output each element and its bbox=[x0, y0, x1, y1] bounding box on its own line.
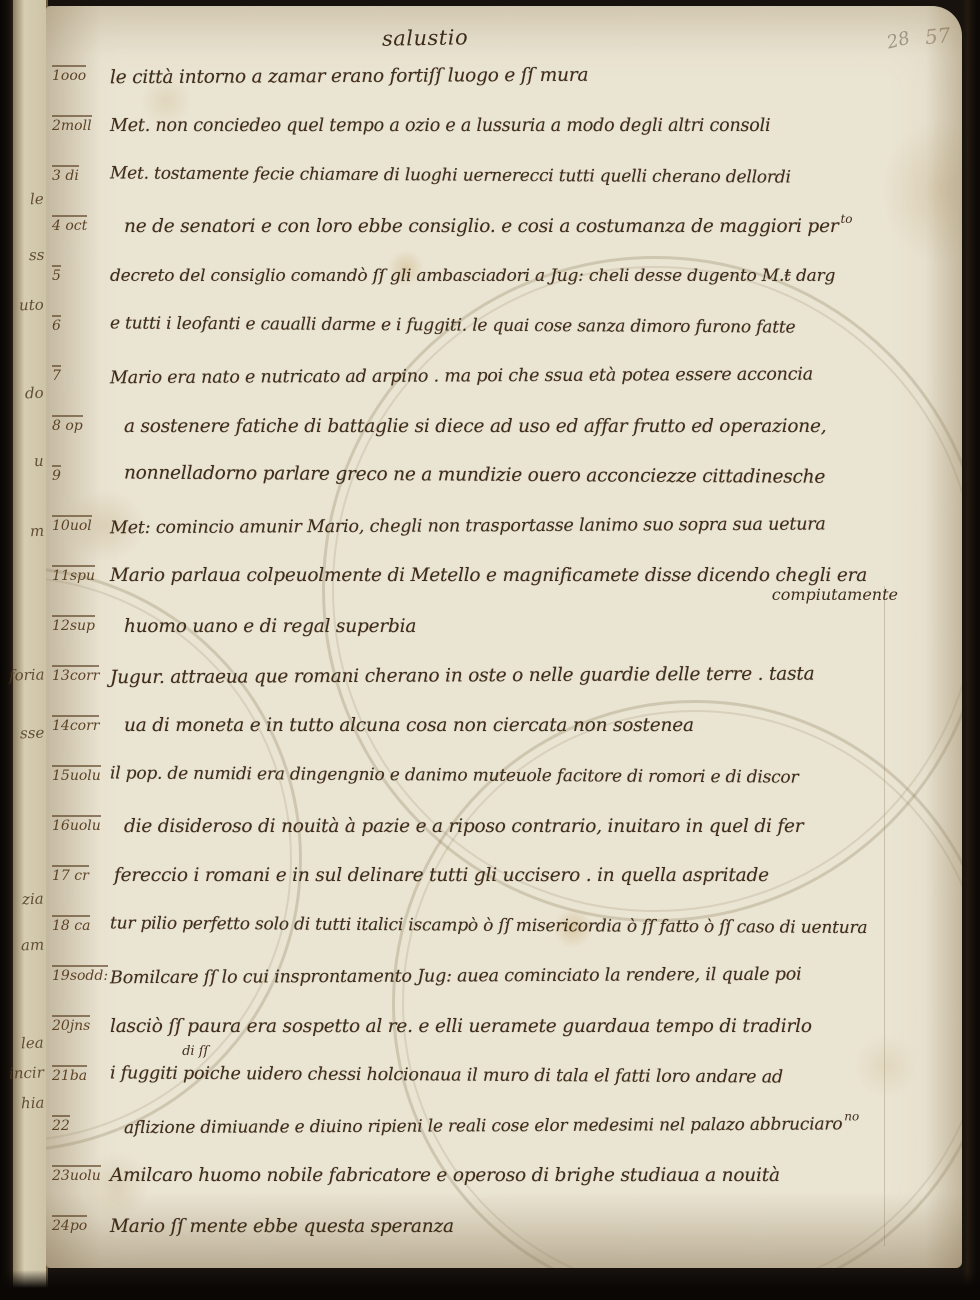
manuscript-line: 13corr Jugur. attraeua que romani cheran… bbox=[48, 658, 956, 708]
line-text: huomo uano e di regal superbia bbox=[124, 616, 416, 637]
margin-cell: 6 bbox=[48, 308, 110, 334]
margin-cell: 24po bbox=[48, 1208, 110, 1234]
line-text: lasciò ſſ paura era sospetto al re. e el… bbox=[110, 1016, 812, 1037]
line-number-label: 22 bbox=[52, 1115, 70, 1134]
line-text: fereccio i romani e in sul delinare tutt… bbox=[114, 865, 769, 886]
line-text: Bomilcare ſſ lo cui insprontamento Jug: … bbox=[110, 965, 802, 989]
line-text: il pop. de numidi era dingengnio e danim… bbox=[110, 763, 799, 787]
line-text: Mario parlaua colpeuolmente di Metello e… bbox=[110, 565, 867, 586]
line-body: fereccio i romani e in sul delinare tutt… bbox=[110, 858, 956, 886]
line-body: le città intorno a zamar erano fortiſſ l… bbox=[110, 56, 956, 88]
manuscript-line: 6 e tutti i leofanti e caualli darme e i… bbox=[48, 308, 956, 358]
line-body: nonnelladorno parlare greco ne a mundizi… bbox=[110, 455, 956, 488]
folio-number-pencil: 28 bbox=[885, 28, 912, 54]
manuscript-line: 1ooo le città intorno a zamar erano fort… bbox=[48, 58, 956, 108]
line-body: Mario parlaua colpeuolmente di Metello e… bbox=[110, 558, 956, 586]
line-body: huomo uano e di regal superbia bbox=[110, 609, 956, 637]
superscript-note: no bbox=[844, 1109, 859, 1123]
line-number-label: 18 ca bbox=[52, 915, 90, 934]
manuscript-line: 7 Mario era nato e nutricato ad arpino .… bbox=[48, 358, 956, 408]
line-number-label: 1ooo bbox=[52, 65, 86, 84]
line-text: Amilcaro huomo nobile fabricatore e oper… bbox=[110, 1165, 780, 1186]
manuscript-line: 22 aflizione dimiuande e diuino ripieni … bbox=[48, 1108, 956, 1158]
manuscript-line: 21ba di ſſi fuggiti poiche uidero chessi… bbox=[48, 1058, 956, 1108]
page-edge-fragment: ss bbox=[28, 246, 44, 265]
line-body: aflizione dimiuande e diuino ripieni le … bbox=[110, 1106, 956, 1138]
margin-cell: 7 bbox=[48, 358, 110, 384]
line-number-label: 9 bbox=[52, 465, 61, 484]
line-body: tur pilio perfetto solo di tutti italici… bbox=[110, 905, 956, 938]
line-body: decreto del consiglio comandò ſſ gli amb… bbox=[110, 258, 956, 286]
line-number-label: 14corr bbox=[52, 715, 99, 734]
page-edge-fragment: m bbox=[29, 522, 44, 540]
manuscript-line: 10uol Met: comincio amunir Mario, chegli… bbox=[48, 508, 956, 558]
line-body: Amilcaro huomo nobile fabricatore e oper… bbox=[110, 1158, 956, 1186]
line-text: Met. non conciedeo quel tempo a ozio e a… bbox=[110, 116, 770, 136]
page-edge-fragment: foria bbox=[8, 665, 44, 684]
page-edge-fragment: u bbox=[34, 452, 44, 470]
line-number-label: 21ba bbox=[52, 1065, 87, 1084]
line-number-label: 19sodd: bbox=[52, 965, 108, 984]
page-edge-fragment: le bbox=[30, 190, 44, 208]
page-title: salustio bbox=[382, 25, 469, 50]
line-text: ne de senatori e con loro ebbe consiglio… bbox=[124, 216, 838, 237]
manuscript-line: 4 oct ne de senatori e con loro ebbe con… bbox=[48, 208, 956, 258]
line-number-label: 17 cr bbox=[52, 865, 89, 884]
line-text: a sostenere fatiche di battaglie si diec… bbox=[124, 416, 826, 437]
manuscript-line: 18 ca tur pilio perfetto solo di tutti i… bbox=[48, 908, 956, 958]
line-body: lasciò ſſ paura era sospetto al re. e el… bbox=[110, 1009, 956, 1037]
line-number-label: 23uolu bbox=[52, 1165, 101, 1184]
margin-cell: 11spu bbox=[48, 558, 110, 584]
line-number-label: 8 op bbox=[52, 415, 83, 434]
line-body: Mario era nato e nutricato ad arpino . m… bbox=[110, 356, 956, 388]
page-edge-fragment: do bbox=[25, 384, 44, 403]
line-body: e tutti i leofanti e caualli darme e i f… bbox=[110, 305, 956, 338]
margin-cell: 20jns bbox=[48, 1008, 110, 1034]
line-number-label: 4 oct bbox=[52, 215, 87, 234]
line-text: Jugur. attraeua que romani cherano in os… bbox=[110, 664, 815, 689]
line-number-label: 2moll bbox=[52, 115, 92, 134]
manuscript-line: 23uolu Amilcaro huomo nobile fabricatore… bbox=[48, 1158, 956, 1208]
folio-number-ink: 57 bbox=[923, 23, 951, 50]
margin-cell: 19sodd: bbox=[48, 958, 110, 984]
line-text: Met: comincio amunir Mario, chegli non t… bbox=[110, 514, 826, 538]
line-body: a sostenere fatiche di battaglie si diec… bbox=[110, 409, 956, 437]
margin-cell: 21ba bbox=[48, 1058, 110, 1084]
manuscript-line: 3 di Met. tostamente fecie chiamare di l… bbox=[48, 158, 956, 208]
line-body: ne de senatori e con loro ebbe consiglio… bbox=[110, 209, 956, 237]
line-number-label: 11spu bbox=[52, 565, 95, 584]
page-edge-fragment: am bbox=[21, 936, 45, 955]
margin-cell: 4 oct bbox=[48, 208, 110, 234]
line-number-label: 13corr bbox=[52, 665, 99, 684]
text-block: 1ooo le città intorno a zamar erano fort… bbox=[48, 58, 956, 1258]
page-edge-fragment: uto bbox=[19, 296, 44, 315]
line-text: ua di moneta e in tutto alcuna cosa non … bbox=[124, 715, 694, 736]
line-text: e tutti i leofanti e caualli darme e i f… bbox=[110, 313, 796, 337]
line-body: Met: comincio amunir Mario, chegli non t… bbox=[110, 506, 956, 538]
line-number-label: 6 bbox=[52, 315, 61, 334]
line-text: aflizione dimiuande e diuino ripieni le … bbox=[124, 1114, 842, 1138]
page-edge-fragment: zia bbox=[22, 890, 44, 909]
manuscript-line: 5 decreto del consiglio comandò ſſ gli a… bbox=[48, 258, 956, 308]
line-text: Met. tostamente fecie chiamare di luoghi… bbox=[110, 163, 791, 187]
previous-page-edge: le ss uto do u m foria sse zia am lea in… bbox=[13, 0, 48, 1294]
margin-cell: 15uolu bbox=[48, 758, 110, 784]
margin-cell: 5 bbox=[48, 258, 110, 284]
line-text: die disideroso di nouità à pazie e a rip… bbox=[124, 816, 803, 837]
line-number-label: 10uol bbox=[52, 515, 92, 534]
manuscript-line: 9 nonnelladorno parlare greco ne a mundi… bbox=[48, 458, 956, 508]
line-number-label: 12sup bbox=[52, 615, 95, 634]
manuscript-line: 11spu Mario parlaua colpeuolmente di Met… bbox=[48, 558, 956, 608]
line-text: tur pilio perfetto solo di tutti italici… bbox=[110, 913, 868, 938]
line-body: ua di moneta e in tutto alcuna cosa non … bbox=[110, 708, 956, 736]
manuscript-line: 24po Mario ſſ mente ebbe questa speranza bbox=[48, 1208, 956, 1258]
manuscript-line: 12sup huomo uano e di regal superbia bbox=[48, 608, 956, 658]
line-text: Mario ſſ mente ebbe questa speranza bbox=[110, 1216, 454, 1237]
line-body: Jugur. attraeua que romani cherano in os… bbox=[110, 656, 956, 688]
line-text: i fuggiti poiche uidero chessi holcionau… bbox=[110, 1063, 783, 1087]
margin-cell: 2moll bbox=[48, 108, 110, 134]
line-text: nonnelladorno parlare greco ne a mundizi… bbox=[124, 463, 825, 488]
line-number-label: 24po bbox=[52, 1215, 87, 1234]
margin-cell: 10uol bbox=[48, 508, 110, 534]
manuscript-line: 15uolu il pop. de numidi era dingengnio … bbox=[48, 758, 956, 808]
line-text: Mario era nato e nutricato ad arpino . m… bbox=[110, 365, 813, 389]
page-edge-fragment: incir bbox=[9, 1063, 44, 1082]
margin-cell: 8 op bbox=[48, 408, 110, 434]
marginal-addition: compiutamente bbox=[772, 585, 898, 604]
line-number-label: 3 di bbox=[52, 165, 79, 184]
margin-cell: 1ooo bbox=[48, 58, 110, 84]
manuscript-photo: { "photo": { "background_color": "#17120… bbox=[0, 0, 980, 1300]
line-body: Bomilcare ſſ lo cui insprontamento Jug: … bbox=[110, 956, 956, 988]
manuscript-line: 2moll Met. non conciedeo quel tempo a oz… bbox=[48, 108, 956, 158]
page-edge-fragment: sse bbox=[19, 724, 44, 743]
manuscript-line: 16uolu die disideroso di nouità à pazie … bbox=[48, 808, 956, 858]
line-number-label: 16uolu bbox=[52, 815, 101, 834]
line-body: il pop. de numidi era dingengnio e danim… bbox=[110, 755, 956, 788]
manuscript-line: 17 cr fereccio i romani e in sul delinar… bbox=[48, 858, 956, 908]
line-text: le città intorno a zamar erano fortiſſ l… bbox=[110, 65, 588, 89]
line-body: Mario ſſ mente ebbe questa speranza bbox=[110, 1209, 956, 1237]
manuscript-line: 19sodd: Bomilcare ſſ lo cui insprontamen… bbox=[48, 958, 956, 1008]
line-number-label: 5 bbox=[52, 265, 61, 284]
margin-cell: 17 cr bbox=[48, 858, 110, 884]
manuscript-line: 14corr ua di moneta e in tutto alcuna co… bbox=[48, 708, 956, 758]
page-edge-fragment: lea bbox=[21, 1034, 44, 1053]
margin-cell: 16uolu bbox=[48, 808, 110, 834]
margin-cell: 12sup bbox=[48, 608, 110, 634]
line-number-label: 20jns bbox=[52, 1015, 90, 1034]
line-body: di ſſi fuggiti poiche uidero chessi holc… bbox=[110, 1055, 956, 1088]
line-text: decreto del consiglio comandò ſſ gli amb… bbox=[110, 266, 835, 286]
margin-cell: 18 ca bbox=[48, 908, 110, 934]
photo-bottom-edge bbox=[0, 1270, 980, 1300]
manuscript-page: salustio 28 57 1ooo le città intorno a z… bbox=[46, 6, 962, 1268]
manuscript-line: 8 op a sostenere fatiche di battaglie si… bbox=[48, 408, 956, 458]
margin-cell: 9 bbox=[48, 458, 110, 484]
margin-cell: 22 bbox=[48, 1108, 110, 1134]
line-body: Met. non conciedeo quel tempo a ozio e a… bbox=[110, 108, 956, 136]
margin-cell: 23uolu bbox=[48, 1158, 110, 1184]
line-number-label: 15uolu bbox=[52, 765, 101, 784]
superscript-note: to bbox=[840, 212, 852, 226]
line-number-label: 7 bbox=[52, 365, 61, 384]
photo-right-edge bbox=[962, 0, 980, 1300]
margin-cell: 3 di bbox=[48, 158, 110, 184]
page-edge-fragment: hia bbox=[20, 1094, 44, 1113]
margin-cell: 13corr bbox=[48, 658, 110, 684]
line-body: die disideroso di nouità à pazie e a rip… bbox=[110, 809, 956, 837]
margin-cell: 14corr bbox=[48, 708, 110, 734]
line-body: Met. tostamente fecie chiamare di luoghi… bbox=[110, 155, 956, 188]
interlinear-insertion: di ſſ bbox=[182, 1044, 208, 1059]
